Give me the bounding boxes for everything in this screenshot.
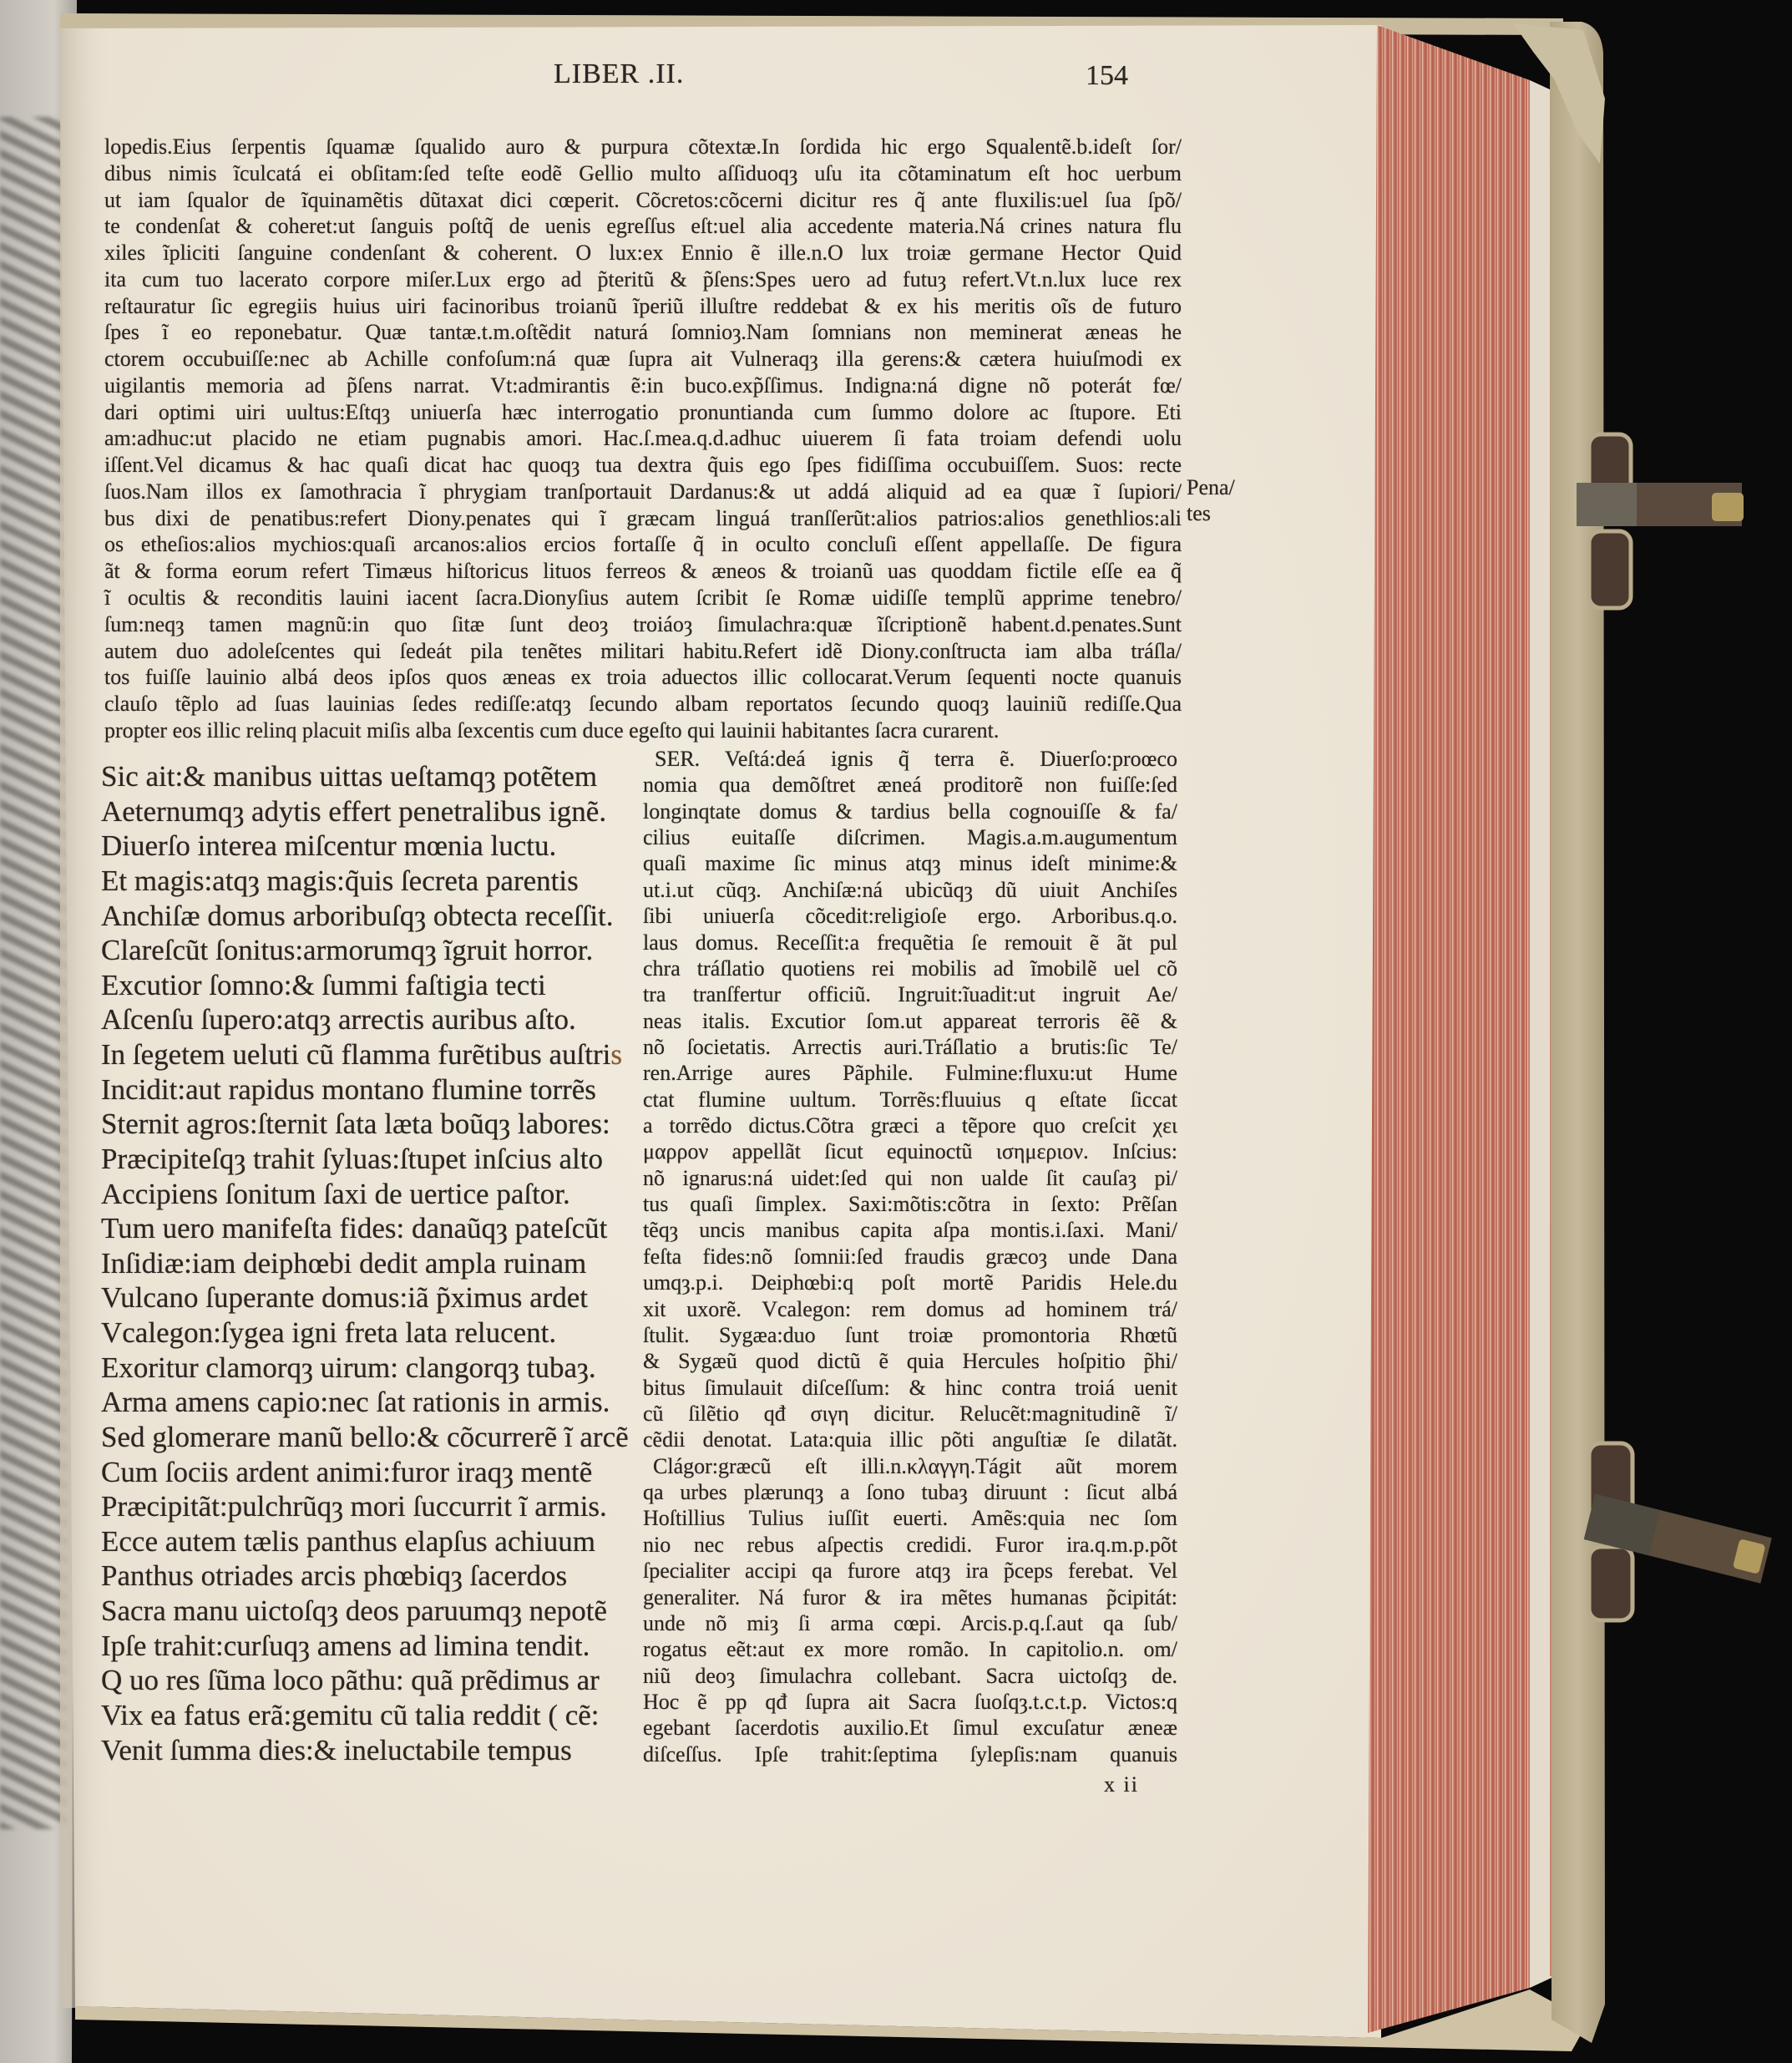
quire-signature: x ii: [1104, 1772, 1139, 1797]
commentary-line: & Sygæũ quod dictũ ẽ quia Hercules hoſpi…: [643, 1348, 1177, 1374]
top-commentary-line: te condenſat & coheret:ut ſanguis poſtq̃…: [104, 213, 1182, 240]
commentary-line: egebant ſacerdotis auxilio.Et ſimul excu…: [643, 1715, 1177, 1741]
verse-line-text: In ſegetem ueluti cũ flamma furẽtibus au…: [101, 1038, 610, 1071]
commentary-line: generaliter. Ná furor & ira mẽtes humana…: [643, 1584, 1177, 1610]
verse-line: Aeternumqȝ adytis effert penetralibus ig…: [101, 794, 652, 829]
commentary-line: feſta fides:nõ ſomnii:ſed fraudis græcoȝ…: [643, 1244, 1177, 1270]
top-commentary-line: ĩ ocultis & reconditis lauini iacent ſac…: [104, 585, 1182, 611]
commentary-line: nomia qua demõſtret æneá proditorẽ non f…: [643, 772, 1177, 798]
top-commentary-block: lopedis.Eius ſerpentis ſquamæ ſqualido a…: [104, 134, 1182, 744]
top-commentary-line: tos fuiſſe lauinio albá deos ipſos quos …: [104, 664, 1182, 691]
verse-line: Exoritur clamorqȝ uirum: clangorqȝ tubaȝ…: [101, 1351, 652, 1386]
verse-line: Ecce autem tælis panthus elapſus achiuum: [101, 1524, 652, 1559]
vellum-binding: [1550, 22, 1605, 2043]
red-fore-edge: [1368, 25, 1530, 2033]
commentary-line: a torrẽdo dictus.Cõtra græci a tẽpore qu…: [643, 1113, 1177, 1138]
verse-line: Tum uero manifeſta fides: danaũqȝ pateſc…: [101, 1211, 652, 1246]
margin-note-line: tes: [1187, 500, 1235, 526]
commentary-line: ctat flumine uultum. Torrẽs:fluuius q eſ…: [643, 1087, 1177, 1113]
commentary-line: laus domus. Receſſit:a frequẽtia ſe remo…: [643, 930, 1177, 955]
commentary-line: neas italis. Excutior ſom.ut appareat te…: [643, 1008, 1177, 1034]
commentary-line: Hoc ẽ pp qđ ſupra ait Sacra ſuoſqȝ.t.c.t…: [643, 1689, 1177, 1715]
top-commentary-line: ãt & forma eorum refert Timæus hiſtoricu…: [104, 558, 1182, 585]
verse-line: Sic ait:& manibus uittas ueſtamqȝ potẽte…: [101, 759, 652, 794]
running-title: LIBER .II.: [554, 58, 684, 90]
verse-line: Vcalegon:ſygea igni freta lata relucent.: [101, 1315, 652, 1351]
verse-line: Ipſe trahit:curſuqȝ amens ad limina tend…: [101, 1629, 652, 1664]
top-commentary-line: ctorem occubuiſſe:nec ab Achille confoſu…: [104, 346, 1182, 373]
commentary-line: Clágor:græcũ eſt illi.n.κλαγγη.Tágit aũt…: [643, 1453, 1177, 1479]
commentary-line: umqȝ.p.i. Deiphœbi:q poſt mortẽ Paridis …: [643, 1270, 1177, 1295]
commentary-line: ſibi uniuerſa cõcedit:religioſe ergo. Ar…: [643, 903, 1177, 929]
verse-line: Arma amens capio:nec ſat rationis in arm…: [101, 1385, 652, 1420]
verse-line: Inſidiæ:iam deiphœbi dedit ampla ruinam: [101, 1246, 652, 1281]
top-commentary-line: ut iam ſqualor de ĩquinamẽtis dũtaxat di…: [104, 187, 1182, 214]
top-commentary-line: iſſent.Vel dicamus & hac quaſi dicat hac…: [104, 452, 1182, 479]
verse-line: Et magis:atqȝ magis:q̃uis ſecreta parent…: [101, 864, 652, 899]
verse-line: Sed glomerare manũ bello:& cõcurrerẽ ĩ a…: [101, 1420, 652, 1455]
top-commentary-line: os etheſios:alios mychios:quaſi arcanos:…: [104, 531, 1182, 558]
folio-number: 154: [1086, 60, 1128, 92]
top-commentary-line: clauſo tẽplo ad ſuas lauinias ſedes redi…: [104, 691, 1182, 717]
commentary-line: Hoſtillius Tulius iuſſit euerti. Amẽs:qu…: [643, 1505, 1177, 1531]
verse-line: Præcipitãt:pulchrũqȝ mori ſuccurrit ĩ ar…: [101, 1489, 652, 1524]
verse-line: Cum ſociis ardent animi:furor iraqȝ ment…: [101, 1455, 652, 1490]
commentary-line: cẽdii denotat. Lata:quia illic põti angu…: [643, 1427, 1177, 1452]
commentary-line: bitus ſimulauit diſceſſum: & hinc contra…: [643, 1375, 1177, 1401]
verse-line: Incidit:aut rapidus montano flumine torr…: [101, 1072, 652, 1108]
verse-line: Anchiſæ domus arboribuſqȝ obtecta receſſ…: [101, 899, 652, 934]
margin-note-line: Pena/: [1187, 474, 1235, 500]
top-commentary-line: reſtauratur ſic egregiis huius uiri faci…: [104, 293, 1182, 320]
commentary-line: diſceſſus. Ipſe trahit:ſeptima ſylepſis:…: [643, 1741, 1177, 1767]
commentary-line: tẽqȝ uncis manibus capita aſpa montis.i.…: [643, 1217, 1177, 1243]
verse-line: In ſegetem ueluti cũ flamma furẽtibus au…: [101, 1037, 652, 1072]
commentary-line: cilius euitaſſe diſcrimen. Magis.a.m.aug…: [643, 824, 1177, 850]
commentary-line: qa urbes plærunqȝ a ſono tubaȝ diruunt :…: [643, 1479, 1177, 1505]
commentary-line: quaſi maxime ſic minus atqȝ minus ideſt …: [643, 850, 1177, 876]
commentary-line: tra tranſfertur officiũ. Ingruit:ĩuadit:…: [643, 981, 1177, 1007]
commentary-line: nõ ſocietatis. Arrectis auri.Tráſlatio a…: [643, 1034, 1177, 1060]
commentary-line: nio nec rebus aſpectis credidi. Furor ir…: [643, 1532, 1177, 1558]
verse-line: Vix ea fatus erã:gemitu cũ talia reddit …: [101, 1698, 652, 1733]
top-commentary-line: uigilantis memoria ad p̃ſens narrat. Vt:…: [104, 373, 1182, 399]
margin-note-penates: Pena/ tes: [1187, 474, 1235, 526]
commentary-line: tus quaſi ſimplex. Saxi:mõtis:cõtra in ſ…: [643, 1191, 1177, 1217]
top-commentary-line: lopedis.Eius ſerpentis ſquamæ ſqualido a…: [104, 134, 1182, 160]
top-commentary-line: autem duo adoleſcentes qui ſedeát pila t…: [104, 638, 1182, 665]
verse-line: Panthus otriades arcis phœbiqȝ ſacerdos: [101, 1559, 652, 1594]
commentary-line: SER. Veſtá:deá ignis q̃ terra ẽ. Diuerſo…: [643, 746, 1177, 772]
commentary-line: cũ ſilẽtio qđ σιγη dicitur. Relucẽt:magn…: [643, 1401, 1177, 1427]
commentary-line: unde nõ miȝ ſi arma cœpi. Arcis.p.q.ſ.au…: [643, 1610, 1177, 1636]
verse-line: Vulcano ſuperante domus:iã p̃ximus ardet: [101, 1280, 652, 1315]
facing-page-blurred-text: [0, 117, 67, 1829]
verse-line: Sacra manu uictoſqȝ deos paruumqȝ nepotẽ: [101, 1594, 652, 1629]
verse-line: Q uo res ſũma loco pãthu: quã prẽdimus a…: [101, 1663, 652, 1698]
rubricated-letter: s: [610, 1038, 622, 1071]
top-commentary-line: ſuos.Nam illos ex ſamothracia ĩ phrygiam…: [104, 479, 1182, 505]
commentary-line: ut.i.ut cũqȝ. Anchiſæ:ná ubicũqȝ dũ uiui…: [643, 877, 1177, 903]
top-commentary-line: ſum:neqȝ tamen magnũ:in quo ſitæ ſunt de…: [104, 611, 1182, 638]
lower-clasp: [1584, 1443, 1772, 1620]
top-commentary-line: dari optimi uiri uultus:Eſtqȝ uniuerſa h…: [104, 399, 1182, 426]
top-commentary-line: bus dixi de penatibus:refert Diony.penat…: [104, 505, 1182, 532]
commentary-column: SER. Veſtá:deá ignis q̃ terra ẽ. Diuerſo…: [643, 746, 1177, 1767]
commentary-line: xit uxorẽ. Vcalegon: rem domus ad homine…: [643, 1296, 1177, 1322]
commentary-line: rogatus eẽt:aut ex more romão. In capito…: [643, 1636, 1177, 1662]
upper-clasp: [1577, 434, 1744, 608]
top-commentary-line: dibus nimis ĩculcatá ei obſitam:ſed teſt…: [104, 160, 1182, 187]
verse-line: Aſcenſu ſupero:atqȝ arrectis auribus aſt…: [101, 1002, 652, 1037]
commentary-line: longinqtate domus & tardius bella cognou…: [643, 798, 1177, 824]
verse-column: Sic ait:& manibus uittas ueſtamqȝ potẽte…: [101, 759, 652, 1767]
verse-line: Clareſcũt ſonitus:armorumqȝ ĩgruit horro…: [101, 933, 652, 968]
top-commentary-line: propter eos illic relinq placuit miſis a…: [104, 717, 1182, 744]
commentary-line: nõ ignarus:ná uidet:ſed qui non ualde ſi…: [643, 1165, 1177, 1191]
top-commentary-line: am:adhuc:ut placido ne etiam pugnabis am…: [104, 425, 1182, 452]
commentary-line: μαρρον appellãt ſicut equinoctũ ισημεριο…: [643, 1138, 1177, 1164]
verse-line: Accipiens ſonitum ſaxi de uertice paſtor…: [101, 1177, 652, 1212]
commentary-line: ſpecialiter accipi qa furore atqȝ ira p̃…: [643, 1558, 1177, 1584]
verse-line: Præcipiteſqȝ trahit ſyluas:ſtupet inſciu…: [101, 1142, 652, 1177]
verse-line: Diuerſo interea miſcentur mœnia luctu.: [101, 829, 652, 864]
verse-line: Excutior ſomno:& ſummi faſtigia tecti: [101, 968, 652, 1003]
verse-line: Sternit agros:ſternit ſata læta boũqȝ la…: [101, 1107, 652, 1142]
commentary-line: chra tráſlatio quotiens rei mobilis ad ĩ…: [643, 955, 1177, 981]
top-commentary-line: ſpes ĩ eo reponebatur. Quæ tantæ.t.m.oſt…: [104, 319, 1182, 346]
verse-line: Venit ſumma dies:& ineluctabile tempus: [101, 1733, 652, 1768]
top-commentary-line: xiles ĩpliciti ſanguine condenſant & coh…: [104, 240, 1182, 266]
commentary-line: ſtulit. Sygæa:duo ſunt troiæ promontoria…: [643, 1322, 1177, 1348]
commentary-line: niũ deoȝ ſimulachra collebant. Sacra uic…: [643, 1663, 1177, 1689]
top-commentary-line: ita cum tuo lacerato corpore miſer.Lux e…: [104, 266, 1182, 293]
commentary-line: ren.Arrige aures Pãphile. Fulmine:fluxu:…: [643, 1060, 1177, 1086]
endpaper-edge: [1530, 80, 1552, 1988]
